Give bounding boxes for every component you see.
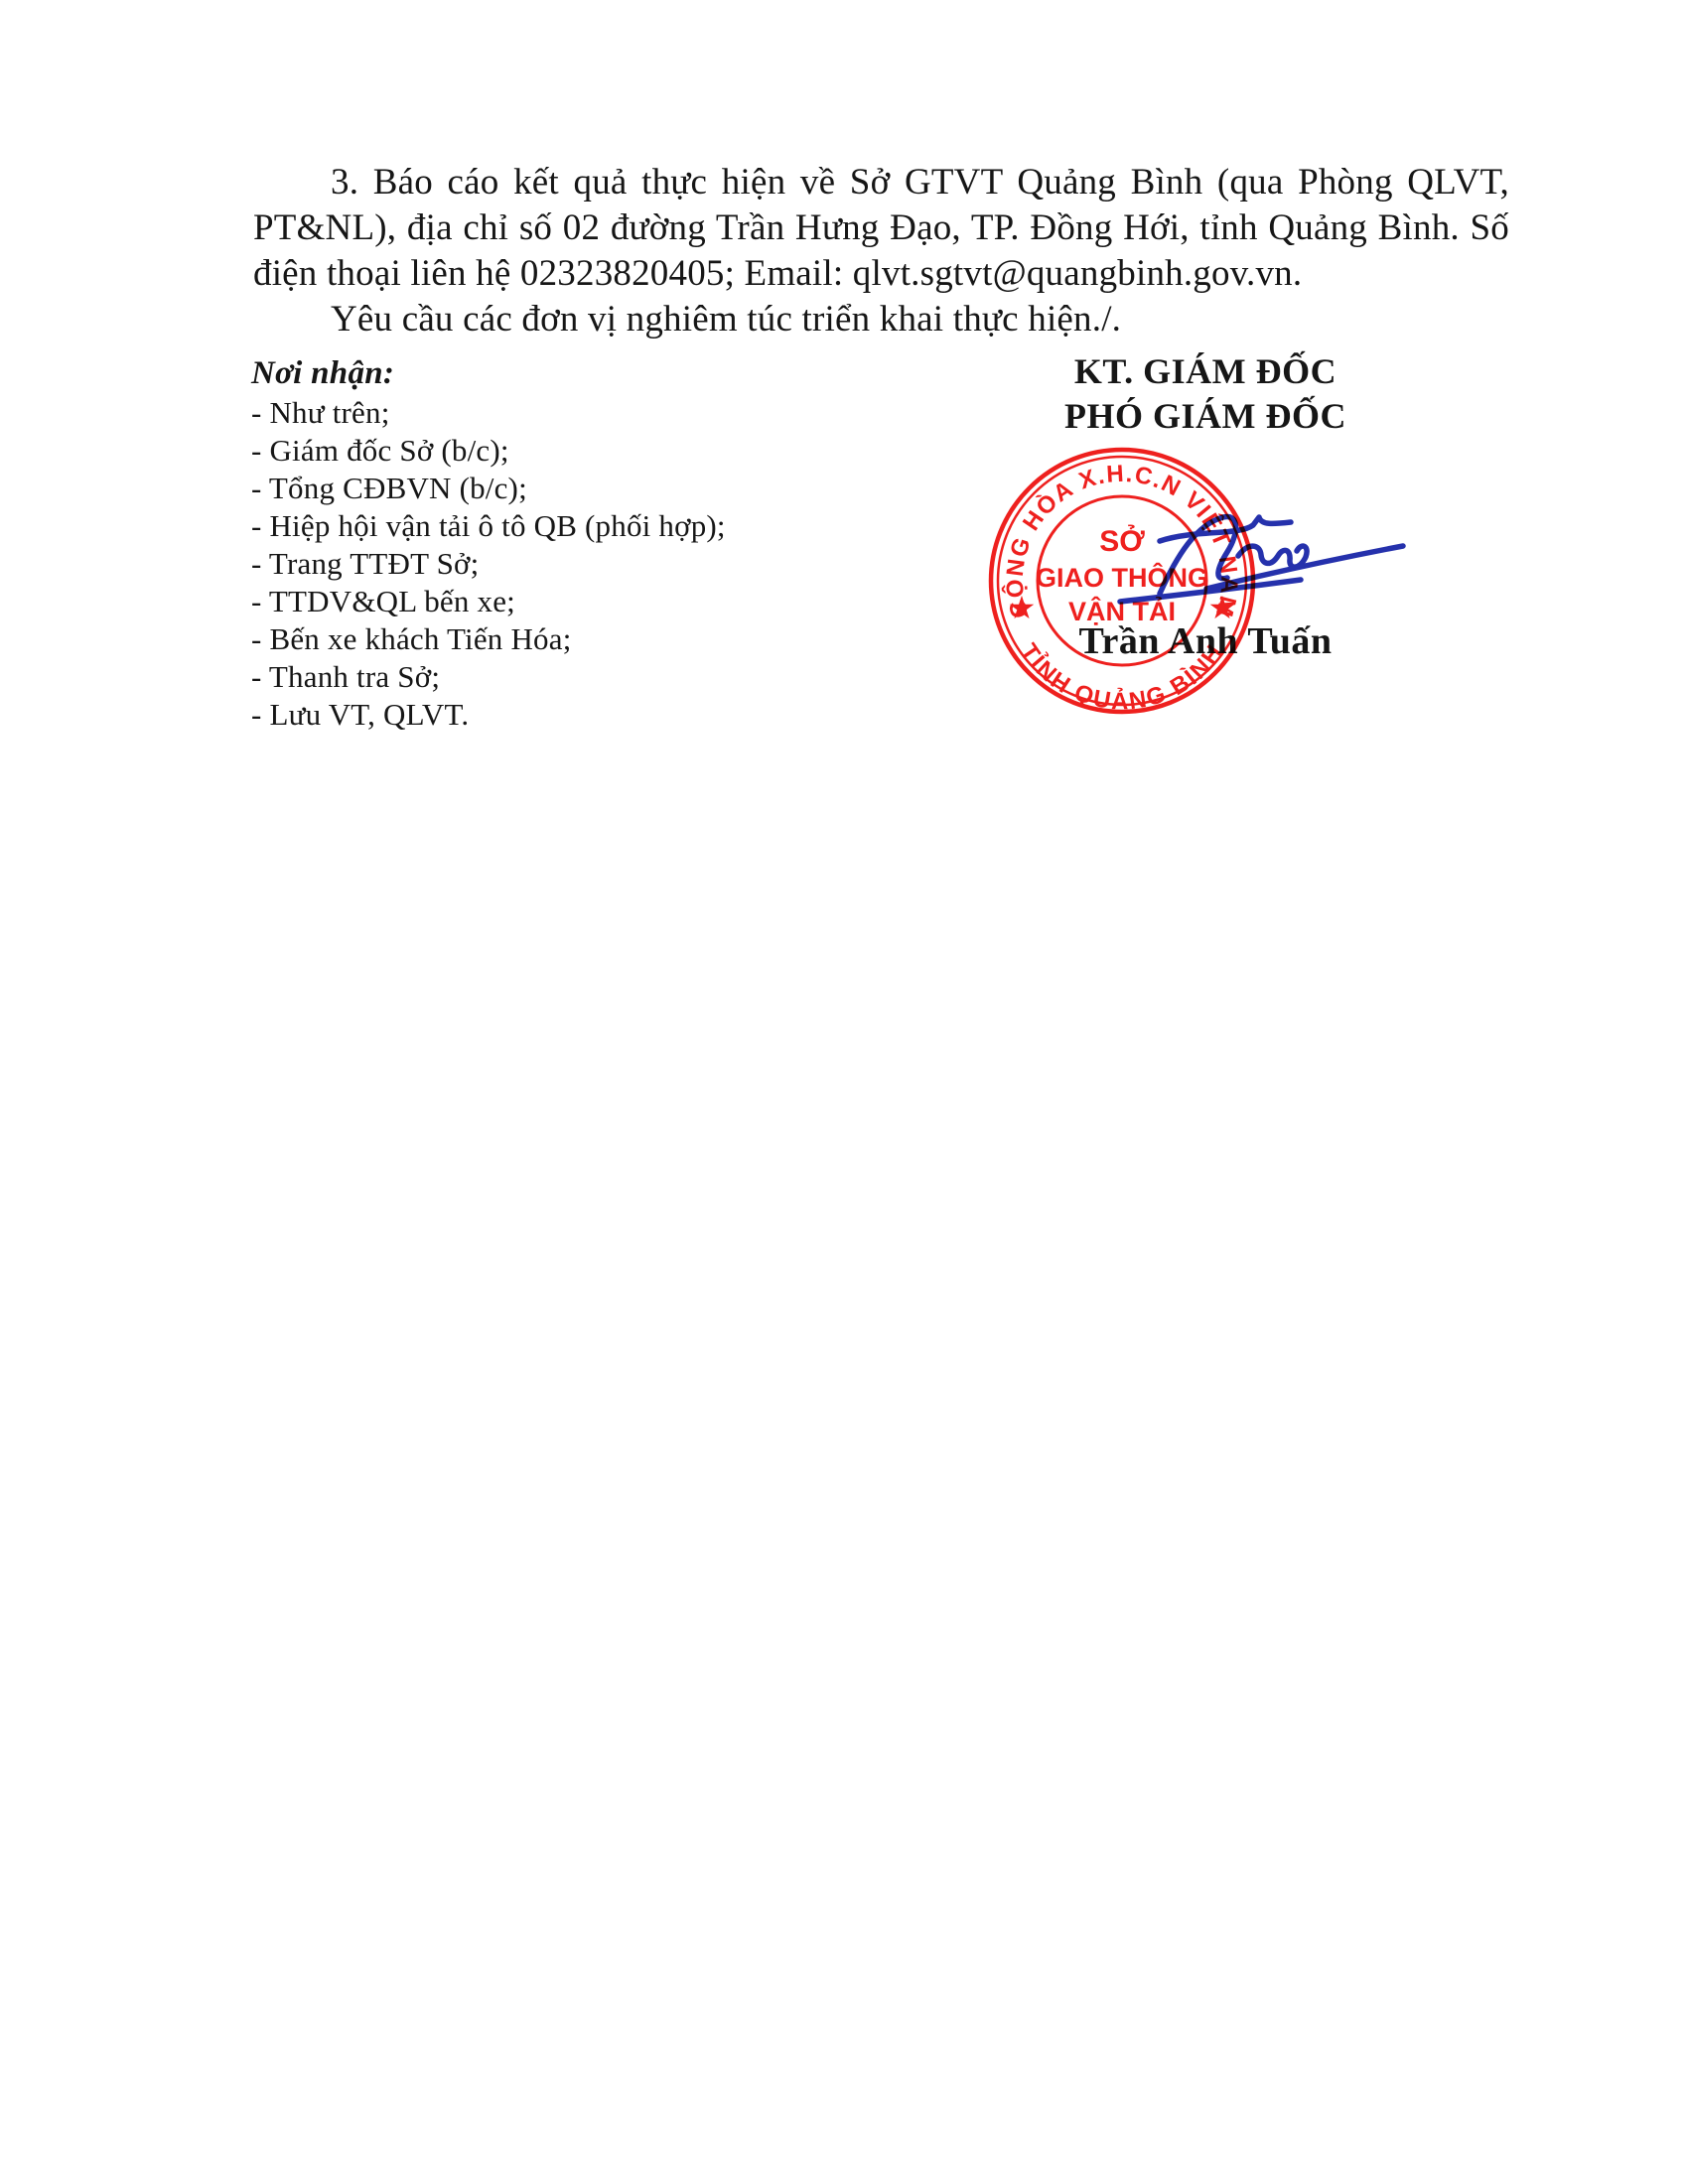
stamp-bottom-arc-label: TỈNH QUẢNG BÌNH [1015,639,1229,716]
paragraph-line-1: 3. Báo cáo kết quả thực hiện về Sở GTVT … [253,160,1509,205]
recipients-block: Nơi nhận: - Như trên; - Giám đốc Sở (b/c… [251,352,726,734]
handwritten-signature [1072,491,1430,640]
star-icon: ★ [1008,590,1037,625]
signature-title-kt-giam-doc: KT. GIÁM ĐỐC [1017,349,1394,394]
closing-line: Yêu cầu các đơn vị nghiêm túc triển khai… [253,297,1509,342]
recipient-item-ben-xe: - Bến xe khách Tiến Hóa; [251,620,726,658]
recipient-item-luu-vt: - Lưu VT, QLVT. [251,696,726,734]
paragraph-line-3: điện thoại liên hệ 02323820405; Email: q… [253,251,1509,297]
recipient-item-thanh-tra: - Thanh tra Sở; [251,658,726,696]
signature-block: KT. GIÁM ĐỐC PHÓ GIÁM ĐỐC [1017,349,1394,439]
recipient-item-nhu-tren: - Như trên; [251,394,726,432]
recipient-item-tong-cdbvn: - Tổng CĐBVN (b/c); [251,470,726,507]
paragraph-line-2: PT&NL), địa chỉ số 02 đường Trần Hưng Đạ… [253,205,1509,251]
recipients-title: Nơi nhận: [251,352,726,394]
recipient-item-giam-doc-so: - Giám đốc Sở (b/c); [251,432,726,470]
body-paragraph: 3. Báo cáo kết quả thực hiện về Sở GTVT … [253,160,1509,342]
signature-stroke [1238,546,1307,567]
document-page: 3. Báo cáo kết quả thực hiện về Sở GTVT … [0,0,1688,2184]
recipient-item-trang-ttdt: - Trang TTĐT Sở; [251,545,726,583]
signature-stroke [1160,517,1291,541]
recipient-item-ttdvql: - TTDV&QL bến xe; [251,583,726,620]
signature-stroke [1120,580,1301,602]
recipient-item-hiep-hoi: - Hiệp hội vận tải ô tô QB (phối hợp); [251,507,726,545]
